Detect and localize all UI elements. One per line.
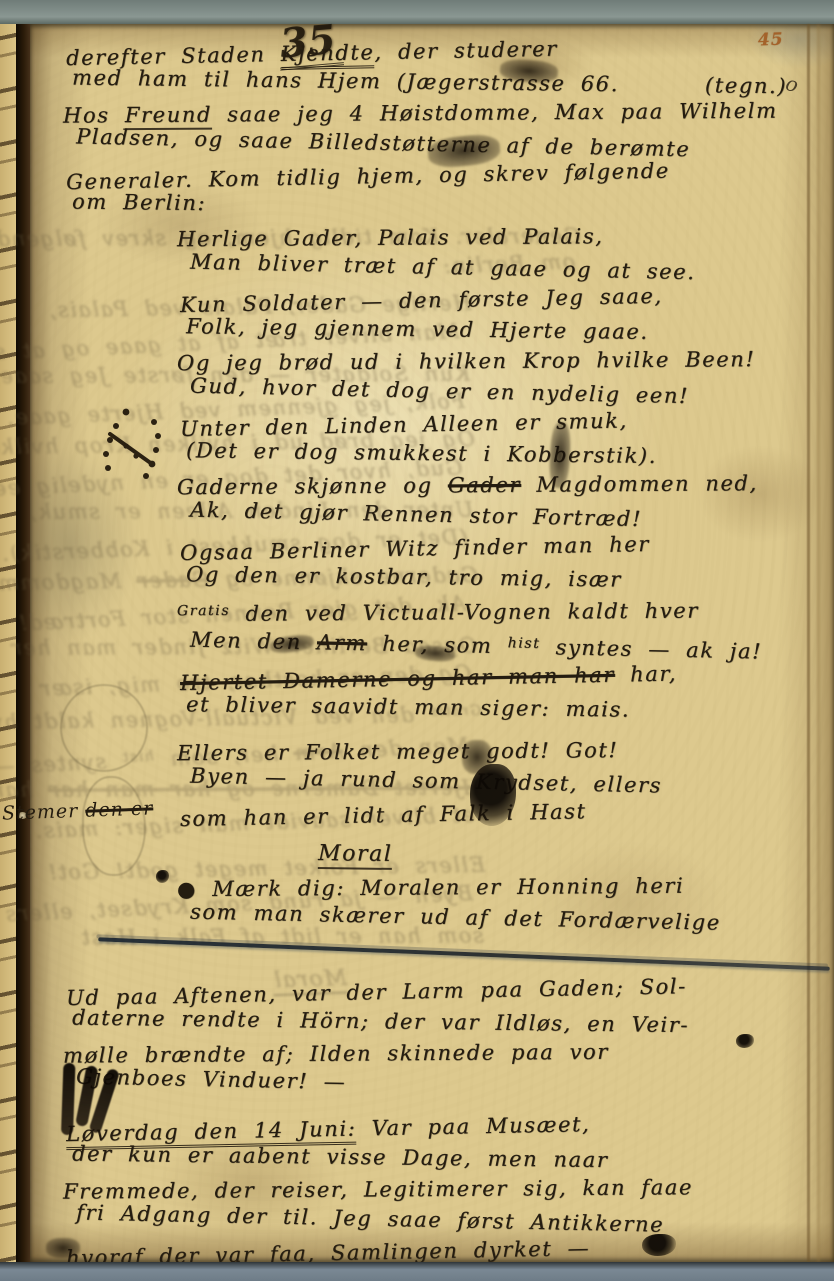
handwriting-text: den ved Victuall-Vognen kaldt hver [230, 599, 699, 626]
handwriting-text: fri Adgang der til. Jeg saae først Antik… [76, 1200, 665, 1236]
handwriting-text: (tegn.) [619, 72, 787, 98]
handwriting-text: Moral [318, 841, 393, 870]
handwriting-text: her, som [367, 631, 508, 658]
handwriting-text: Mærk dig: Moralen er Honning heri [212, 874, 684, 901]
heavy-ink-mark [53, 1062, 126, 1142]
handwriting-text: et bliver saavidt man siger: mais. [186, 692, 630, 721]
scanned-diary-page: { "document": { "type": "handwritten dia… [0, 0, 834, 1281]
handwriting-text: med ham til hans Hjem (Jægerstrasse 66. [72, 66, 619, 97]
scanner-background-bottom [0, 1262, 834, 1281]
manuscript-page: Generaler. Kom tidlig hjem, og skrev føl… [30, 24, 834, 1262]
handwriting-text: Magdommen ned, [521, 471, 758, 497]
handwriting-text: Og jeg brød ud i hvilken Krop hvilke Bee… [177, 347, 756, 375]
facing-page-edge [0, 24, 16, 1262]
handwriting-text: Ak, det gjør Rennen stor Fortræd! [190, 498, 642, 531]
margin-dotted-n-mark [96, 406, 172, 484]
binding-gutter [16, 24, 30, 1262]
handwriting-text: Men den [190, 628, 317, 655]
handwriting-layer: derefter Staden Kjendte, der studerermed… [62, 36, 810, 1267]
handwriting-text: Gud, hvor det dog er en nydelig een! [190, 374, 689, 408]
handwriting-text: daterne rendte i Hörn; der var Ildløs, e… [72, 1006, 689, 1038]
handwriting-text: Byen — ja rund som Krydset, ellers [190, 764, 662, 798]
scanner-background-top [0, 0, 834, 24]
handwriting-text: hist [508, 635, 541, 652]
handwriting-text: har, [615, 662, 678, 687]
handwriting-text: som han er lidt af Falk i Hast [180, 799, 587, 831]
handwriting-text: (Det er dog smukkest i Kobberstik). [186, 438, 657, 468]
handwriting-text: som man skærer ud af det Fordærvelige [190, 900, 721, 935]
manuscript-line: som man skærer ud af det Fordærvelige [190, 897, 821, 941]
handwriting-text: Gratis [177, 603, 230, 619]
handwriting-text: om Berlin: [72, 190, 206, 216]
handwriting-text: saae jeg 4 Høistdomme, Max paa Wilhelm [212, 99, 778, 127]
handwriting-text: der kun er aabent visse Dage, men naar [72, 1142, 609, 1173]
manuscript-line: Gjenboes Vinduer! — [76, 1061, 820, 1108]
handwriting-text: Var paa Musæet, [356, 1112, 590, 1140]
handwriting-text: Arm [317, 630, 367, 655]
handwriting-text: Gader [448, 473, 521, 498]
handwriting-text: Pladsen, og saae Billedstøtterne af de b… [76, 124, 691, 161]
handwriting-text: Og den er kostbar, tro mig, især [186, 562, 622, 591]
handwriting-text: , der studerer [374, 37, 558, 65]
manuscript-line: et bliver saavidt man siger: mais. [186, 689, 816, 728]
manuscript-line: som han er lidt af Falk i Hast [180, 792, 810, 835]
handwriting-text: Folk, jeg gjennem ved Hjerte gaae. [186, 314, 649, 344]
handwriting-text: Man bliver træt af at gaae og at see. [190, 250, 696, 285]
